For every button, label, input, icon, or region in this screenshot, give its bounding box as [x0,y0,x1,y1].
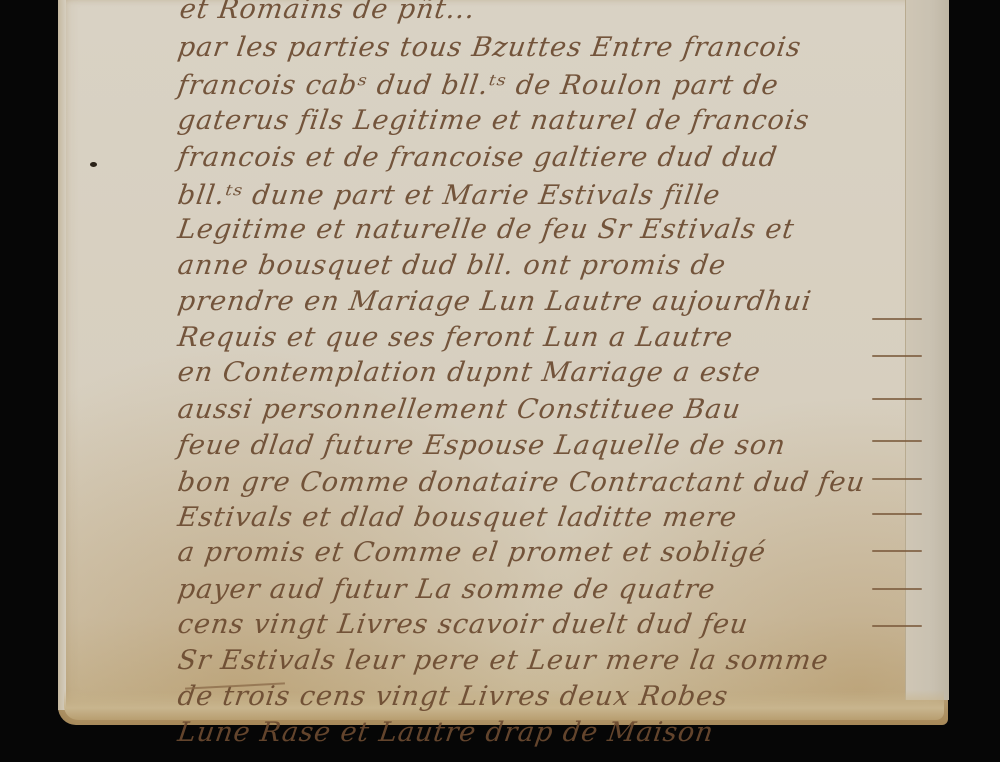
hole-icon [90,162,97,167]
margin-rule-line [872,478,922,480]
margin-rule-line [872,318,922,320]
margin-rule-line [872,440,922,442]
manuscript-line: en Contemplation dupnt Mariage a este [176,357,763,388]
manuscript-line: et Romains de pñt... [178,0,478,25]
margin-rule-line [872,513,922,515]
margin-rule-line [872,588,922,590]
manuscript-line: feue dlad future Espouse Laquelle de son [176,430,788,461]
manuscript-line: bon gre Comme donataire Contractant dud … [176,467,867,498]
margin-rule-line [872,625,922,627]
manuscript-line: Sr Estivals leur pere et Leur mere la so… [176,645,831,676]
manuscript-line: Lune Rase et Lautre drap de Maison [176,717,716,748]
manuscript-line: aussi personnellement Constituee Bau [176,394,743,425]
manuscript-line: payer aud futur La somme de quatre [176,574,718,605]
paper-left-edge [58,0,66,710]
manuscript-line: par les parties tous Bzuttes Entre franc… [176,32,804,63]
photo-background: et Romains de pñt...par les parties tous… [0,0,1000,762]
manuscript-line: a promis et Comme el promet et sobligé [176,537,768,568]
manuscript-line: Requis et que ses feront Lun a Lautre [176,322,735,353]
manuscript-line: cens vingt Livres scavoir duelt dud feu [176,609,751,640]
margin-rule-line [872,550,922,552]
manuscript-line: gaterus fils Legitime et naturel de fran… [176,105,812,136]
manuscript-line: Legitime et naturelle de feu Sr Estivals… [176,214,797,245]
manuscript-line: francois cabˢ dud bll.ᵗˢ de Roulon part … [176,70,781,101]
paper-right-edge [905,0,949,700]
manuscript-line: Estivals et dlad bousquet laditte mere [176,502,739,533]
manuscript-line: francois et de francoise galtiere dud du… [176,142,780,173]
manuscript-line: prendre en Mariage Lun Lautre aujourdhui [176,286,814,317]
manuscript-line: anne bousquet dud bll. ont promis de [176,250,728,281]
margin-rule-line [872,398,922,400]
margin-rule-line [872,355,922,357]
manuscript-line: bll.ᵗˢ dune part et Marie Estivals fille [176,180,723,211]
